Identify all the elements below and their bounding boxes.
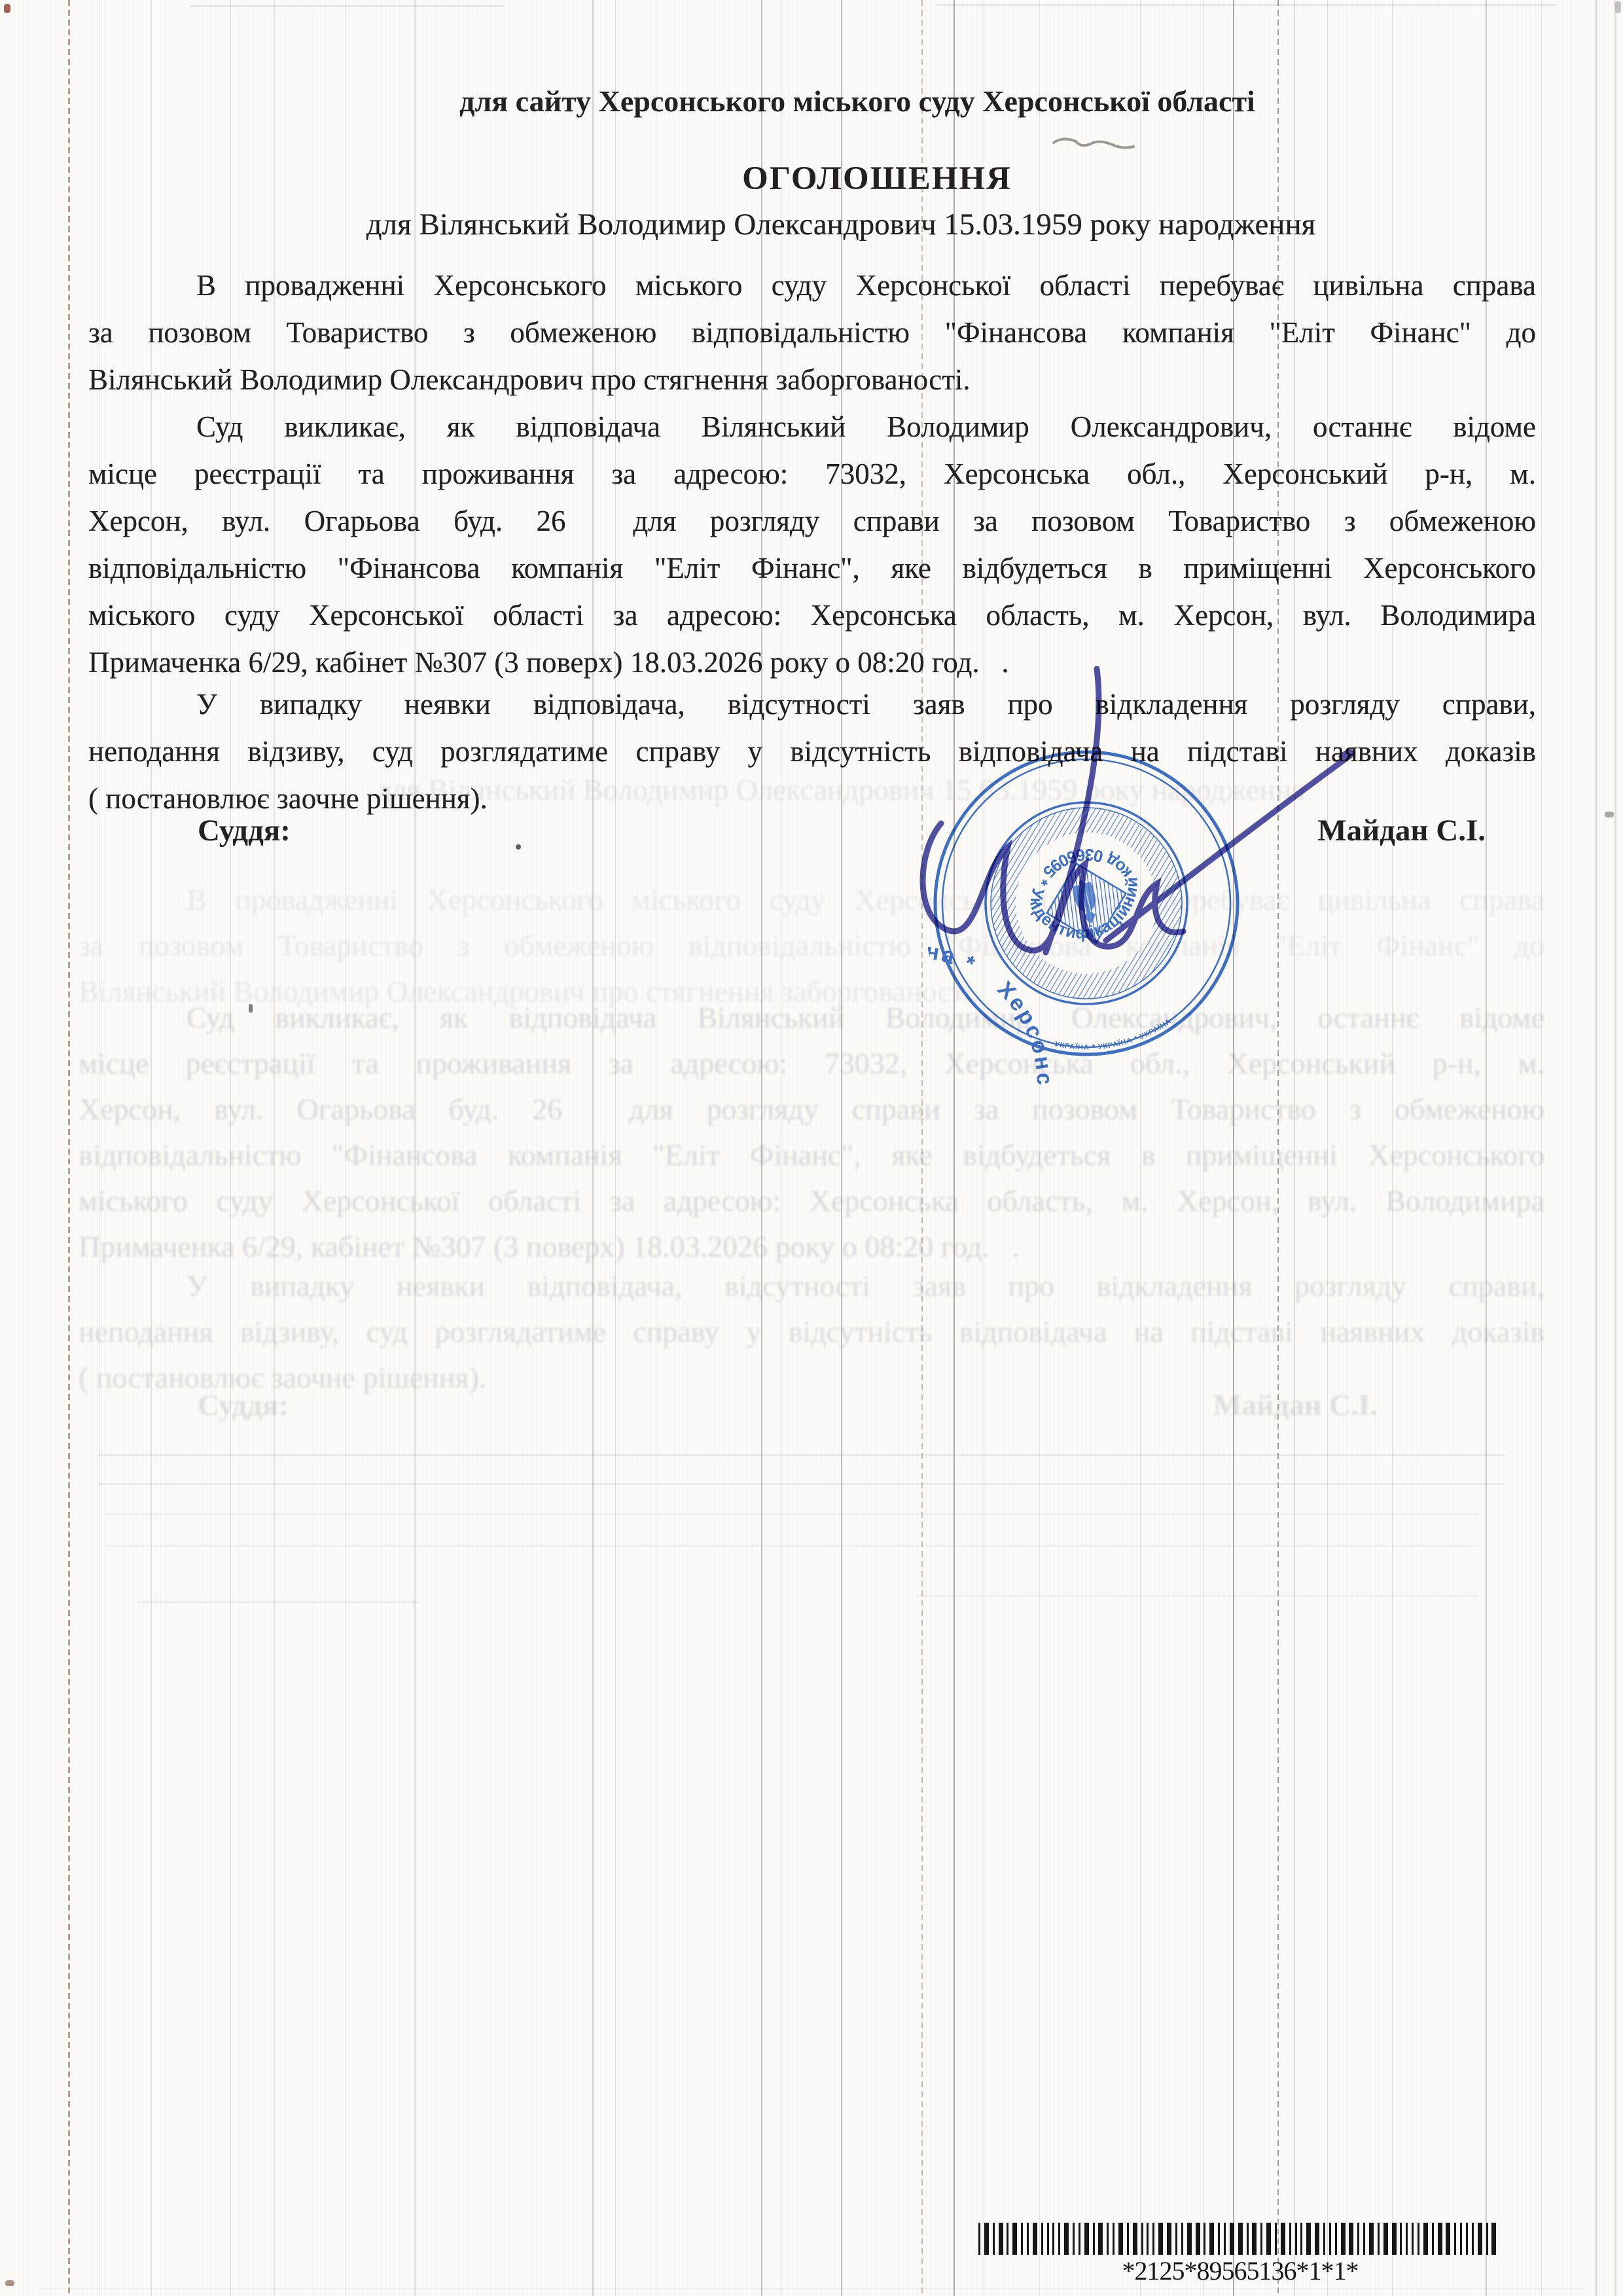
ghost-line: У випадку неявки відповідача, відсутност… [79, 1263, 1544, 1309]
scan-smudge [39, 2288, 1584, 2289]
body-line: відповідальністю "Фінансова компанія "Ел… [88, 545, 1536, 592]
ghost-signature-row: Суддя: Майдан С.І. [88, 1388, 1476, 1433]
body-line: за позовом Товариство з обмеженою відпов… [88, 309, 1536, 356]
scan-smudge [98, 1454, 1505, 1456]
site-line: для сайту Херсонського міського суду Хер… [134, 84, 1580, 118]
body-line: міського суду Херсонської області за адр… [88, 592, 1536, 639]
body-line: Херсон, вул. Огарьова буд. 26 для розгля… [88, 497, 1536, 545]
body-line: Вілянський Володимир Олександрович про с… [88, 356, 1536, 403]
ghost-line: Суд викликає, як відповідача Вілянський … [79, 995, 1544, 1041]
scan-speck [4, 4, 10, 13]
barcode-caption: *2125*89565136*1*1* [982, 2255, 1499, 2286]
scan-streak [1571, 0, 1571, 2296]
scan-streak [1614, 0, 1616, 2296]
paragraph-3: У випадку неявки відповідача, відсутност… [88, 681, 1536, 822]
body-line: Примаченка 6/29, кабінет №307 (3 поверх)… [88, 639, 1536, 686]
pen-scribble-mark [1054, 139, 1133, 147]
scanned-court-announcement: для Вілянський Володимир Олександрович 1… [0, 0, 1623, 2296]
ghost-judge-label: Суддя: [198, 1388, 289, 1422]
scan-smudge [105, 1513, 1479, 1515]
ghost-line: неподання відзиву, суд розглядатиме спра… [79, 1309, 1544, 1355]
ghost-line: місце реєстрації та проживання за адресо… [79, 1041, 1544, 1086]
scan-speck [1605, 812, 1614, 817]
body-line: місце реєстрації та проживання за адресо… [88, 450, 1536, 497]
ghost-paragraph-2: Суд викликає, як відповідача Вілянський … [79, 995, 1544, 1270]
paragraph-1: В провадженні Херсонського міського суду… [88, 262, 1536, 403]
ghost-paragraph-3: У випадку неявки відповідача, відсутност… [79, 1263, 1544, 1401]
ghost-line: відповідальністю "Фінансова компанія "Ел… [79, 1132, 1544, 1178]
judge-label: Суддя: [198, 813, 291, 848]
scan-speck [5, 2280, 14, 2286]
ghost-line: Херсон, вул. Огарьова буд. 26 для розгля… [79, 1086, 1544, 1132]
scan-smudge [105, 1545, 1479, 1547]
ghost-paragraph-1: В провадженні Херсонського міського суду… [79, 877, 1544, 1014]
page-subtitle: для Вілянський Володимир Олександрович 1… [118, 207, 1564, 242]
page-title: ОГОЛОШЕННЯ [154, 160, 1600, 198]
scan-smudge [190, 5, 504, 7]
body-line: Суд викликає, як відповідача Вілянський … [88, 403, 1536, 450]
body-line: В провадженні Херсонського міського суду… [88, 262, 1536, 309]
signature-row: Суддя: Майдан С.І. [88, 813, 1486, 865]
scan-smudge [936, 4, 1558, 6]
ghost-line: міського суду Херсонської області за адр… [79, 1178, 1544, 1224]
body-line: У випадку неявки відповідача, відсутност… [88, 681, 1536, 728]
scan-smudge [916, 1594, 1479, 1597]
body-line: неподання відзиву, суд розглядатиме спра… [88, 728, 1536, 775]
scan-speck [1615, 1, 1621, 13]
barcode [978, 2223, 1497, 2255]
ghost-judge-name: Майдан С.І. [1213, 1388, 1378, 1422]
paragraph-2: Суд викликає, як відповідача Вілянський … [88, 403, 1536, 686]
judge-name: Майдан С.І. [1317, 813, 1486, 848]
scan-streak [1596, 0, 1597, 2296]
ghost-line: В провадженні Херсонського міського суду… [79, 877, 1544, 923]
ghost-line: за позовом Товариство з обмеженою відпов… [79, 923, 1544, 969]
scan-smudge [137, 1601, 419, 1604]
scan-streak [68, 0, 70, 2296]
scan-smudge [98, 1483, 1505, 1485]
